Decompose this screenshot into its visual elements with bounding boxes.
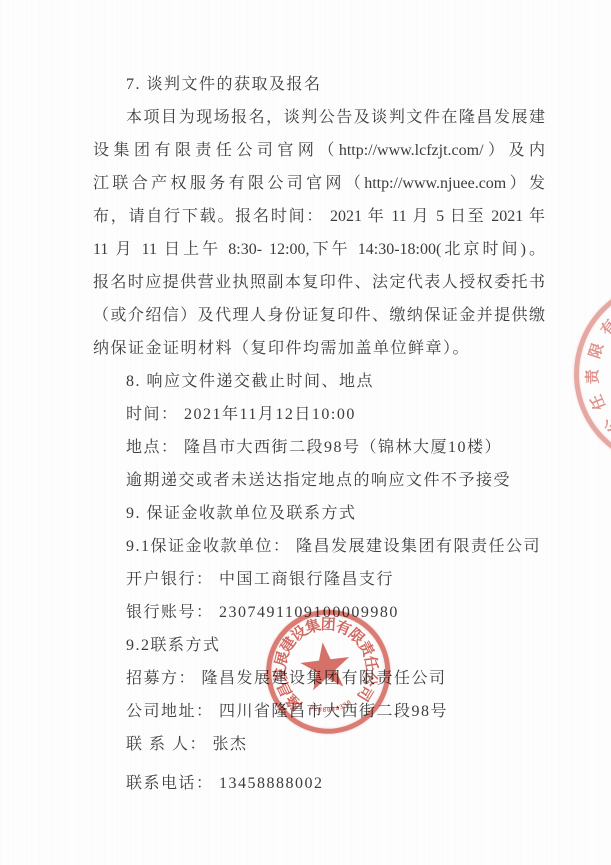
text-line: 报名时应提供营业执照副本复印件、法定代表人授权委托书 — [93, 266, 545, 299]
payee-line: 9.1保证金收款单位： 隆昌发展建设集团有限责任公司 — [93, 530, 545, 563]
contact-phone-line: 联系电话： 13458888002 — [93, 767, 545, 800]
text-line: 纳保证金证明材料（复印件均需加盖单位鲜章）。 — [93, 332, 545, 365]
document-body: 7. 谈判文件的获取及报名 本项目为现场报名，谈判公告及谈判文件在隆昌发展建 设… — [93, 68, 545, 800]
heading-8: 8. 响应文件递交截止时间、地点 — [93, 365, 545, 398]
deadline-time-line: 时间： 2021年11月12日10:00 — [93, 398, 545, 431]
text-line: 逾期递交或者未送达指定地点的响应文件不予接受 — [93, 464, 545, 497]
bank-line: 开户银行： 中国工商银行隆昌支行 — [93, 563, 545, 596]
text-line: 11 月 11 日上午 8:30- 12:00,下午 14:30-18:00(北… — [93, 233, 545, 266]
text-line: （或介绍信）及代理人身份证复印件、缴纳保证金并提供缴 — [93, 299, 545, 332]
seal-ring — [574, 280, 611, 468]
heading-7: 7. 谈判文件的获取及报名 — [93, 68, 545, 101]
heading-9-2: 9.2联系方式 — [93, 629, 545, 662]
company-address-line: 公司地址： 四川省隆昌市大西街二段98号 — [93, 695, 545, 728]
recruiter-line: 招募方： 隆昌发展建设集团有限责任公司 — [93, 662, 545, 695]
scanned-document-page: 7. 谈判文件的获取及报名 本项目为现场报名，谈判公告及谈判文件在隆昌发展建 设… — [0, 0, 611, 865]
contact-person-line: 联 系 人： 张杰 — [93, 728, 545, 761]
text-line: 布，请自行下载。报名时间： 2021 年 11 月 5 日至 2021 年 — [93, 200, 545, 233]
text-line: 江联合产权服务有限公司官网（http://www.njuee.com）发 — [93, 167, 545, 200]
text-line: 本项目为现场报名，谈判公告及谈判文件在隆昌发展建 — [93, 101, 545, 134]
heading-9: 9. 保证金收款单位及联系方式 — [93, 497, 545, 530]
text-line: 设集团有限责任公司官网（http://www.lcfzjt.com/）及内 — [93, 134, 545, 167]
deadline-place-line: 地点： 隆昌市大西街二段98号（锦林大厦10楼） — [93, 431, 545, 464]
account-number-line: 银行账号： 2307491109100009980 — [93, 596, 545, 629]
